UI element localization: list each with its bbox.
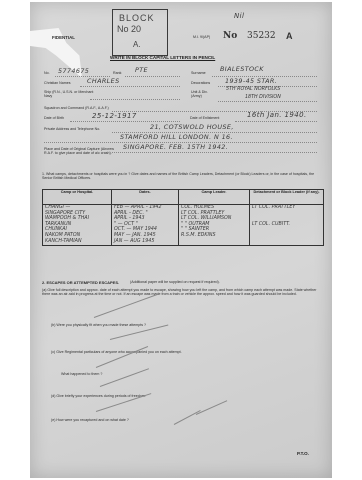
column-header-dates: Dates. <box>112 190 179 205</box>
question-c-followup: What happened to them ? <box>61 372 102 376</box>
unit-label: Unit & Div. (Army) <box>191 90 215 98</box>
christian-names-value: CHARLES <box>87 77 120 85</box>
date-of-enlistment-line <box>235 121 317 122</box>
surname-value: BIALESTOCK <box>220 65 264 73</box>
question-b: (b) Were you physically fit when you mad… <box>51 323 146 327</box>
form-reference: M.I. 9/(AP) <box>193 35 210 39</box>
table-header-row: Camp or Hospital. Dates. Camp Leader. De… <box>43 190 324 205</box>
number-label: No <box>223 31 237 41</box>
column-header-camp: Camp or Hospital. <box>43 190 112 205</box>
unit-value-line-2: 18TH DIVISION <box>245 95 281 101</box>
please-turn-over: P.T.O. <box>297 451 309 456</box>
rank-line <box>125 76 180 77</box>
address-label: Private Address and Telephone No. <box>44 127 100 131</box>
camp-leader: R.S.M. EDKINS <box>181 233 247 239</box>
section-2-note: (Additional paper will be supplied on re… <box>130 280 220 284</box>
question-c: (c) Give Regimental particulars of anyon… <box>51 350 182 354</box>
stamp-line-3: A. <box>133 40 141 49</box>
date-of-birth-label: Date of Birth <box>44 116 64 120</box>
detachment-cell: LT COL. PRATTLEY LT COL. CUBITT. <box>250 205 324 246</box>
address-value-line-1: 21, COTSWOLD HOUSE, <box>150 123 234 131</box>
classification-label: FIDENTIAL <box>52 35 75 40</box>
rank-label: Rank <box>113 71 121 75</box>
form-number: 35232 <box>247 31 276 41</box>
unit-line <box>218 101 317 102</box>
capture-label: Place and Date of Original Capture (Airc… <box>44 147 114 155</box>
capture-line <box>112 152 317 153</box>
christian-names-line <box>80 86 180 87</box>
question-e: (e) How were you recaptured and on what … <box>51 418 129 422</box>
section-1-question: 1. What camps, detachments or hospitals … <box>42 172 324 180</box>
no-label: No. <box>44 71 50 75</box>
address-value-line-2: STAMFORD HILL LONDON. N 16. <box>120 133 233 141</box>
detachment-leader: LT COL. CUBITT. <box>252 222 321 228</box>
camp-name: KANCH-TAMIAN <box>45 239 109 245</box>
date-of-enlistment-value: 16th Jan. 1940. <box>247 111 307 119</box>
ship-label: Ship (R.N., U.S.N. or Merchant Navy <box>44 90 94 98</box>
date-of-birth-line <box>70 121 180 122</box>
column-header-detachment-leader: Detachment or Block Leader (if any). <box>250 190 324 205</box>
block-stamp: BLOCK No 20 A. <box>112 9 168 56</box>
form-suffix: A <box>286 31 293 41</box>
surname-label: Surname <box>191 71 206 75</box>
camp-cell: CHANGI — SINGAPORE CITY WAMPOOH & THAI T… <box>43 205 112 246</box>
camp-dates: JAN — AUG 1945 <box>114 239 176 245</box>
stamp-line-1: BLOCK <box>119 13 155 23</box>
camps-table: Camp or Hospital. Dates. Camp Leader. De… <box>42 189 324 246</box>
question-d: (d) Give briefly your experiences during… <box>51 394 146 398</box>
ship-line <box>90 99 180 100</box>
rank-value: PTE <box>135 66 148 74</box>
table-row: CHANGI — SINGAPORE CITY WAMPOOH & THAI T… <box>43 205 324 246</box>
margin-note: Nil <box>234 12 244 20</box>
capture-value: SINGAPORE. FEB. 15TH 1942. <box>123 143 228 151</box>
question-a: (a) Give full description and approx. da… <box>42 288 324 296</box>
no-value: 5774675 <box>58 67 89 75</box>
unit-value-line-1: 5TH ROYAL NORFOLKS <box>226 87 280 93</box>
instruction-heading: WRITE IN BLOCK CAPITAL LETTERS IN PENCIL <box>110 55 215 60</box>
dates-cell: FEB — APRIL - 1942 APRIL - DEC. " APRIL … <box>112 205 179 246</box>
leader-cell: COL. HOLMES LT COL. PRATTLEY LT COL. WIL… <box>179 205 250 246</box>
decorations-label: Decorations <box>191 81 210 85</box>
section-2-heading: 2. ESCAPES OR ATTEMPTED ESCAPES. <box>42 280 119 285</box>
column-header-camp-leader: Camp Leader. <box>179 190 250 205</box>
decorations-value: 1939-45 STAR. <box>225 77 277 85</box>
squadron-label: Squadron and Command (R.A.F., A.A.F.) <box>44 106 109 110</box>
christian-names-label: Christian Names <box>44 81 71 85</box>
date-of-birth-value: 25-12-1917 <box>92 112 137 120</box>
date-of-enlistment-label: Date of Enlistment <box>190 116 219 120</box>
stamp-line-2: No 20 <box>117 24 141 34</box>
